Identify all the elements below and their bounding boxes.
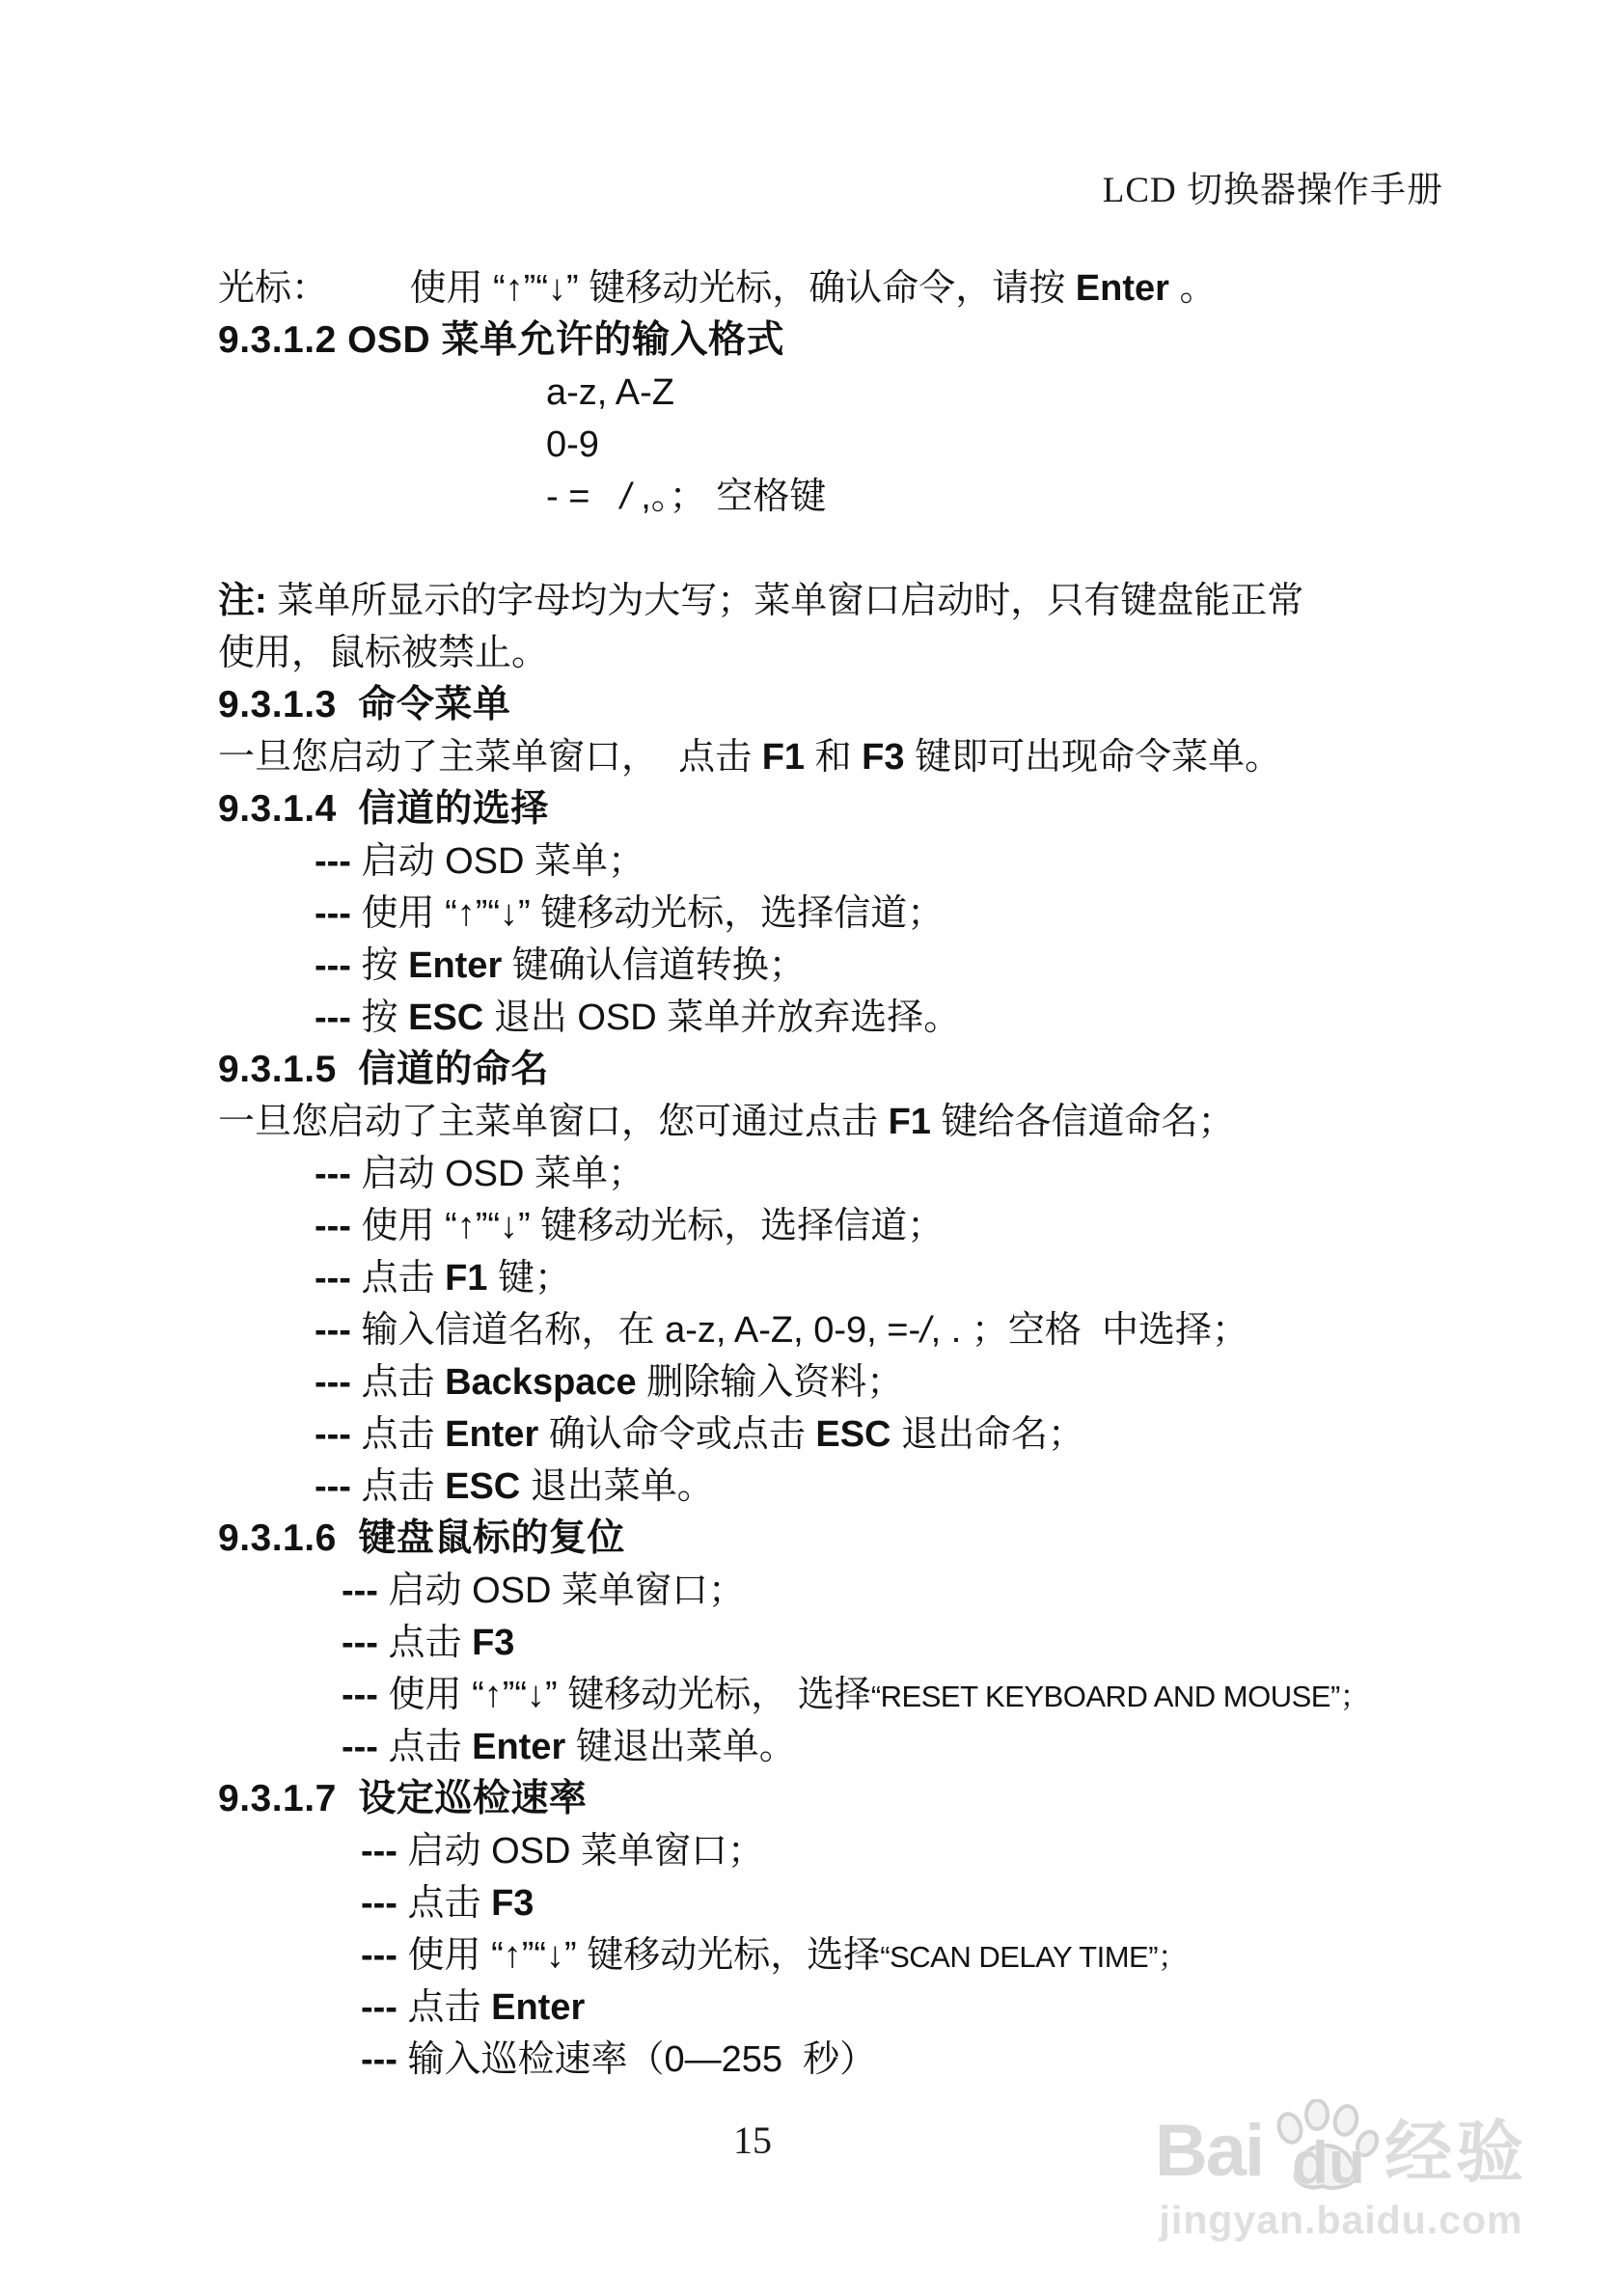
- text-segment: ---: [342, 1571, 378, 1611]
- text-segment: 9.3.1.2 OSD 菜单允许的输入格式: [218, 319, 784, 361]
- text-segment: 输入信道名称，在 a-z, A-Z, 0-9, =-: [351, 1310, 920, 1351]
- doc-line-20: --- 点击 Backspace 删除输入资料；: [218, 1356, 1424, 1408]
- baidu-logo-text-bai: Bai: [1155, 2111, 1263, 2192]
- doc-line-0: 光标： 使用 “↑”“↓” 键移动光标，确认命令，请按 Enter 。: [218, 262, 1424, 314]
- doc-line-13: --- 按 ESC 退出 OSD 菜单并放弃选择。: [218, 992, 1424, 1044]
- doc-line-26: --- 使用 “↑”“↓” 键移动光标， 选择“RESET KEYBOARD A…: [218, 1669, 1424, 1721]
- doc-line-30: --- 点击 F3: [218, 1877, 1424, 1929]
- text-segment: 退出命名；: [891, 1414, 1085, 1455]
- text-segment: ---: [315, 1206, 351, 1246]
- doc-line-11: --- 使用 “↑”“↓” 键移动光标，选择信道；: [218, 888, 1424, 940]
- text-segment: 使用 “↑”“↓” 键移动光标，选择信道；: [351, 1206, 944, 1246]
- text-segment: 点击: [351, 1258, 445, 1298]
- doc-line-2: a-z, A-Z: [218, 367, 1424, 419]
- doc-line-7: 9.3.1.3 命令菜单: [218, 679, 1424, 731]
- doc-line-32: --- 点击 Enter: [218, 1982, 1424, 2034]
- text-segment: Enter: [491, 1987, 585, 2028]
- doc-line-33: --- 输入巡检速率（0—255 秒）: [218, 2034, 1424, 2086]
- text-segment: F3: [472, 1623, 514, 1663]
- text-segment: ---: [342, 1623, 378, 1663]
- document-body: 光标： 使用 “↑”“↓” 键移动光标，确认命令，请按 Enter 。9.3.1…: [218, 262, 1424, 2086]
- text-segment: 菜单所显示的字母均为大写；菜单窗口启动时，只有键盘能正常: [267, 581, 1304, 621]
- baidu-logo-text-du: du: [1292, 2134, 1365, 2194]
- doc-line-14: 9.3.1.5 信道的命名: [218, 1044, 1424, 1096]
- text-segment: ESC: [815, 1414, 891, 1455]
- text-segment: F1: [762, 737, 805, 778]
- text-segment: 点击: [397, 1987, 491, 2028]
- text-segment: F1: [445, 1258, 487, 1298]
- text-segment: ---: [361, 1935, 397, 1976]
- text-segment: 0-9: [546, 424, 599, 465]
- text-segment: ---: [361, 1883, 397, 1924]
- doc-line-8: 一旦您启动了主菜单窗口， 点击 F1 和 F3 键即可出现命令菜单。: [218, 731, 1424, 783]
- text-segment: 退出 OSD 菜单并放弃选择。: [483, 998, 960, 1038]
- text-segment: 9.3.1.7 设定巡检速率: [218, 1778, 587, 1819]
- text-segment: 一旦您启动了主菜单窗口，您可通过点击: [218, 1102, 889, 1142]
- page-header-title: LCD 切换器操作手册: [1103, 160, 1443, 212]
- text-segment: ---: [361, 2039, 397, 2080]
- text-segment: ---: [315, 1414, 351, 1455]
- text-segment: 键确认信道转换；: [502, 945, 806, 986]
- text-segment: Backspace: [445, 1362, 637, 1403]
- text-segment: ---: [315, 998, 351, 1038]
- doc-line-9: 9.3.1.4 信道的选择: [218, 783, 1424, 835]
- text-segment: 点击: [351, 1414, 445, 1455]
- doc-line-22: --- 点击 ESC 退出菜单。: [218, 1461, 1424, 1513]
- text-segment: 。: [1169, 268, 1217, 309]
- text-segment: /: [620, 477, 631, 517]
- doc-line-3: 0-9: [218, 419, 1424, 471]
- text-segment: 9.3.1.5 信道的命名: [218, 1049, 549, 1090]
- paw-icon: du: [1269, 2099, 1383, 2192]
- text-segment: 9.3.1.6 键盘鼠标的复位: [218, 1517, 625, 1559]
- text-segment: 删除输入资料；: [637, 1362, 904, 1403]
- text-segment: 点击: [351, 1362, 445, 1403]
- doc-line-5: 注: 菜单所显示的字母均为大写；菜单窗口启动时，只有键盘能正常: [218, 575, 1424, 627]
- text-segment: 点击: [378, 1727, 472, 1767]
- doc-line-10: --- 启动 OSD 菜单；: [218, 835, 1424, 888]
- text-segment: F3: [491, 1883, 534, 1924]
- doc-line-1: 9.3.1.2 OSD 菜单允许的输入格式: [218, 314, 1424, 367]
- text-segment: 启动 OSD 菜单窗口；: [378, 1571, 745, 1611]
- text-segment: ---: [315, 1362, 351, 1403]
- text-segment: ---: [315, 1154, 351, 1194]
- text-segment: 使用 “↑”“↓” 键移动光标，选择: [397, 1935, 880, 1976]
- text-segment: ---: [315, 841, 351, 882]
- text-segment: 键即可出现命令菜单。: [905, 737, 1282, 778]
- text-segment: Enter: [445, 1414, 538, 1455]
- text-segment: ,。； 空格键: [631, 477, 827, 517]
- text-segment: ESC: [408, 998, 483, 1038]
- doc-line-18: --- 点击 F1 键；: [218, 1252, 1424, 1304]
- text-segment: F3: [862, 737, 904, 778]
- text-segment: 使用 “↑”“↓” 键移动光标，选择信道；: [351, 893, 944, 934]
- text-segment: 使用，鼠标被禁止。: [218, 633, 548, 673]
- text-segment: 确认命令或点击: [538, 1414, 815, 1455]
- doc-line-24: --- 启动 OSD 菜单窗口；: [218, 1565, 1424, 1617]
- text-segment: 键退出菜单。: [565, 1727, 796, 1767]
- text-segment: 9.3.1.4 信道的选择: [218, 788, 549, 830]
- text-segment: 点击: [378, 1623, 472, 1663]
- text-segment: 按: [351, 998, 408, 1038]
- text-segment: F1: [889, 1102, 931, 1142]
- document-page: LCD 切换器操作手册 光标： 使用 “↑”“↓” 键移动光标，确认命令，请按 …: [0, 0, 1617, 2296]
- text-segment: ---: [315, 1466, 351, 1507]
- text-segment: 点击: [351, 1466, 445, 1507]
- text-segment: 注:: [218, 581, 267, 621]
- doc-line-28: 9.3.1.7 设定巡检速率: [218, 1773, 1424, 1825]
- doc-line-25: --- 点击 F3: [218, 1617, 1424, 1669]
- text-segment: 启动 OSD 菜单窗口；: [397, 1831, 764, 1872]
- text-segment: 光标： 使用 “↑”“↓” 键移动光标，确认命令，请按: [218, 268, 1076, 309]
- text-segment: ---: [315, 893, 351, 934]
- text-segment: ---: [315, 1310, 351, 1351]
- text-segment: Enter: [1076, 268, 1169, 309]
- doc-line-23: 9.3.1.6 键盘鼠标的复位: [218, 1513, 1424, 1565]
- doc-line-4: - = / ,。； 空格键: [218, 471, 1424, 523]
- text-segment: ---: [315, 945, 351, 986]
- text-segment: - =: [546, 477, 620, 517]
- doc-line-19: --- 输入信道名称，在 a-z, A-Z, 0-9, =-/, . ；空格 中…: [218, 1304, 1424, 1356]
- text-segment: ---: [342, 1727, 378, 1767]
- text-segment: ---: [361, 1987, 397, 2028]
- text-segment: ---: [361, 1831, 397, 1872]
- baidu-logo: Bai du 经验: [1138, 2099, 1544, 2192]
- text-segment: Enter: [408, 945, 502, 986]
- text-segment: ---: [315, 1258, 351, 1298]
- text-segment: 按: [351, 945, 408, 986]
- text-segment: , . ；空格 中选择；: [931, 1310, 1248, 1351]
- doc-line-27: --- 点击 Enter 键退出菜单。: [218, 1721, 1424, 1773]
- baidu-logo-text-jingyan: 经验: [1384, 2113, 1527, 2192]
- text-segment: ---: [342, 1675, 378, 1715]
- text-segment: 启动 OSD 菜单；: [351, 1154, 644, 1194]
- text-segment: ESC: [445, 1466, 520, 1507]
- text-segment: a-z, A-Z: [546, 372, 674, 413]
- doc-line-21: --- 点击 Enter 确认命令或点击 ESC 退出命名；: [218, 1408, 1424, 1461]
- baidu-jingyan-watermark: Bai du 经验 jingyan.baidu.com: [1138, 2099, 1544, 2243]
- doc-line-6: 使用，鼠标被禁止。: [218, 627, 1424, 679]
- doc-line-31: --- 使用 “↑”“↓” 键移动光标，选择“SCAN DELAY TIME”；: [218, 1929, 1424, 1982]
- text-segment: /: [920, 1310, 931, 1351]
- doc-line-17: --- 使用 “↑”“↓” 键移动光标，选择信道；: [218, 1200, 1424, 1252]
- doc-line-16: --- 启动 OSD 菜单；: [218, 1148, 1424, 1200]
- text-segment: 输入巡检速率（0—255 秒）: [397, 2039, 876, 2080]
- text-segment: “RESET KEYBOARD AND MOUSE”；: [871, 1680, 1369, 1713]
- text-segment: 9.3.1.3 命令菜单: [218, 684, 510, 725]
- text-segment: Enter: [472, 1727, 565, 1767]
- doc-line-12: --- 按 Enter 键确认信道转换；: [218, 940, 1424, 992]
- text-segment: 和: [805, 737, 862, 778]
- text-segment: 使用 “↑”“↓” 键移动光标， 选择: [378, 1675, 871, 1715]
- doc-line-15: 一旦您启动了主菜单窗口，您可通过点击 F1 键给各信道命名；: [218, 1096, 1424, 1148]
- doc-line-29: --- 启动 OSD 菜单窗口；: [218, 1825, 1424, 1877]
- text-segment: 启动 OSD 菜单；: [351, 841, 644, 882]
- text-segment: 键；: [487, 1258, 571, 1298]
- text-segment: “SCAN DELAY TIME”；: [880, 1940, 1187, 1974]
- text-segment: 退出菜单。: [520, 1466, 714, 1507]
- text-segment: 键给各信道命名；: [931, 1102, 1235, 1142]
- text-segment: 一旦您启动了主菜单窗口， 点击: [218, 737, 762, 778]
- watermark-url: jingyan.baidu.com: [1138, 2198, 1544, 2243]
- text-segment: 点击: [397, 1883, 491, 1924]
